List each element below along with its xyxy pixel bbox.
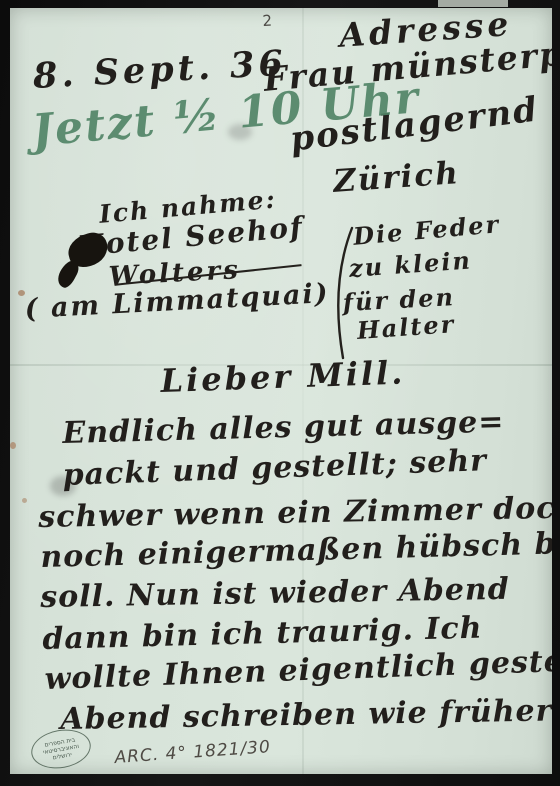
recipient-address-line: Zürich (332, 155, 461, 200)
photo-background: 2 Adresse 8. Sept. 36 Frau münsterpost p… (0, 0, 560, 786)
pen-note-line: zu klein (348, 245, 473, 283)
pen-note-line: Halter (356, 309, 456, 345)
body-line: soll. Nun ist wieder Abend (40, 572, 510, 615)
paper-edge-sliver (438, 0, 508, 7)
archive-shelfmark: ARC. 4° 1821/30 (114, 737, 271, 768)
page-number-annotation: 2 (262, 12, 272, 30)
salutation: Lieber Mill. (160, 353, 406, 400)
paper-stain (10, 442, 16, 449)
pen-note-line: Die Feder (352, 209, 501, 251)
letter-paper: 2 Adresse 8. Sept. 36 Frau münsterpost p… (10, 8, 552, 774)
body-line: Abend schreiben wie früher oft (60, 692, 552, 737)
body-line: packt und gestellt; sehr (62, 443, 487, 493)
paper-stain (22, 498, 27, 503)
